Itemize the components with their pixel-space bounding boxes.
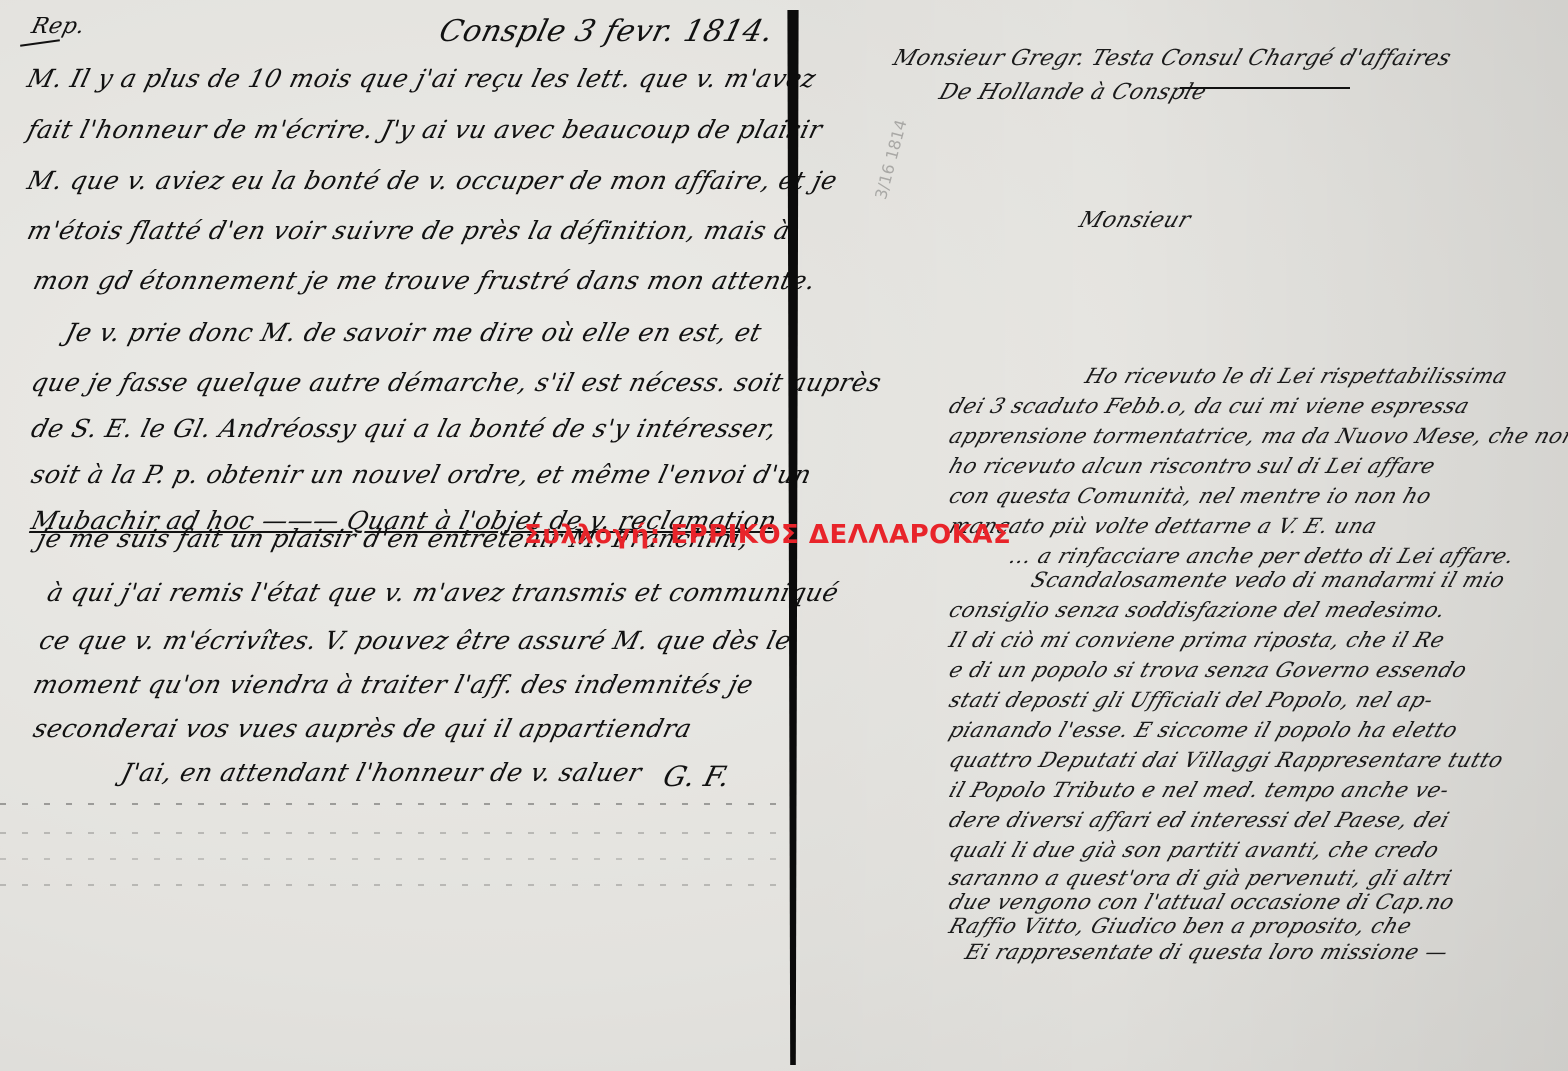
letter-line: il Popolo Tributo e nel med. tempo anche… bbox=[946, 778, 1452, 802]
letter-line: con questa Comunità, nel mentre io non h… bbox=[946, 484, 1435, 508]
letter-line: Ei rappresentate di questa loro missione… bbox=[962, 940, 1451, 964]
letter-line: m'étois flatté d'en voir suivre de près … bbox=[24, 216, 793, 245]
address-line: Monsieur Gregr. Testa Consul Chargé d'af… bbox=[890, 46, 1455, 71]
corner-note: Rep. bbox=[29, 14, 88, 39]
letter-line: apprensione tormentatrice, ma da Nuovo M… bbox=[946, 424, 1568, 448]
letter-line: J'ai, en attendant l'honneur de v. salue… bbox=[118, 758, 645, 787]
letter-line: e di un popolo si trova senza Governo es… bbox=[946, 658, 1470, 682]
letter-line: dei 3 scaduto Febb.o, da cui mi viene es… bbox=[946, 394, 1473, 418]
bleed-through-line bbox=[0, 803, 780, 805]
letter-line: pianando l'esse. E siccome il popolo ha … bbox=[946, 718, 1461, 742]
letter-line: ce que v. m'écrivîtes. V. pouvez être as… bbox=[36, 626, 794, 655]
letter-line: ... a rinfacciare anche per detto di Lei… bbox=[1006, 544, 1518, 568]
letter-line: seconderai vos vues auprès de qui il app… bbox=[30, 714, 695, 743]
letter-line: soit à la P. p. obtenir un nouvel ordre,… bbox=[28, 460, 814, 489]
letter-line: mon gd étonnement je me trouve frustré d… bbox=[30, 266, 819, 295]
address-underline bbox=[1180, 87, 1350, 89]
letter-line: ho ricevuto alcun riscontro sul di Lei a… bbox=[946, 454, 1439, 478]
salutation: Monsieur bbox=[1076, 208, 1194, 233]
letter-line: stati deposti gli Ufficiali del Popolo, … bbox=[946, 688, 1436, 712]
letter-line: quattro Deputati dai Villaggi Rappresent… bbox=[946, 748, 1507, 772]
bleed-through-line bbox=[0, 884, 780, 886]
letter-line: Ho ricevuto le di Lei rispettabilissima bbox=[1082, 364, 1511, 388]
address-line: De Hollande à Consple bbox=[936, 80, 1210, 105]
letter-line: consiglio senza soddisfazione del medesi… bbox=[946, 598, 1449, 622]
document-spread: Rep. Consple 3 fevr. 1814. M. Il y a plu… bbox=[0, 0, 1568, 1071]
bleed-through-line bbox=[0, 858, 780, 860]
letter-line: dere diversi affari ed interessi del Pae… bbox=[946, 808, 1453, 832]
letter-line: à qui j'ai remis l'état que v. m'avez tr… bbox=[44, 578, 842, 607]
letter-line: Raffio Vitto, Giudico ben a proposito, c… bbox=[946, 914, 1415, 938]
letter-line: Il di ciò mi conviene prima riposta, che… bbox=[946, 628, 1448, 652]
letter-line: M. Il y a plus de 10 mois que j'ai reçu … bbox=[24, 64, 819, 93]
letter-line: de S. E. le Gl. Andréossy qui a la bonté… bbox=[28, 414, 780, 443]
collection-watermark: Συλλογή: ΕΡΡΙΚΟΣ ΔΕΛΛΑΡΟΚΑΣ bbox=[524, 520, 1011, 550]
letter-line: saranno a quest'ora di già pervenuti, gl… bbox=[946, 866, 1455, 890]
bleed-through-line bbox=[0, 832, 780, 834]
corner-note-stroke bbox=[20, 39, 60, 47]
letter-line: M. que v. aviez eu la bonté de v. occupe… bbox=[24, 166, 840, 195]
letter-line: que je fasse quelque autre démarche, s'i… bbox=[28, 368, 884, 397]
letter-line: fait l'honneur de m'écrire. J'y ai vu av… bbox=[24, 115, 825, 144]
letter-line: Je v. prie donc M. de savoir me dire où … bbox=[62, 318, 764, 347]
letter-line: moment qu'on viendra à traiter l'aff. de… bbox=[30, 670, 756, 699]
letter-line: Scandalosamente vedo di mandarmi il mio bbox=[1028, 568, 1508, 592]
letter-line: quali li due già son partiti avanti, che… bbox=[946, 838, 1442, 862]
dateline: Consple 3 fevr. 1814. bbox=[436, 14, 777, 49]
signature: G. F. bbox=[660, 760, 734, 793]
letter-line: due vengono con l'attual occasione di Ca… bbox=[946, 890, 1458, 914]
